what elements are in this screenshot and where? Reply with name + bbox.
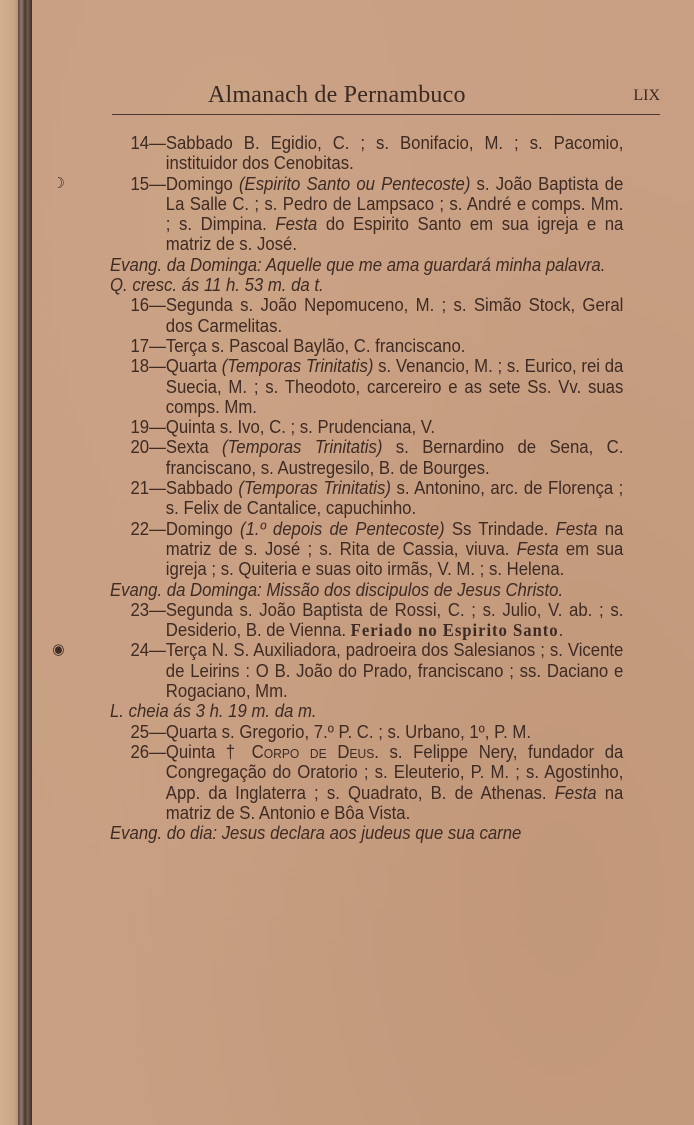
- liturgical-note: (1.º depois de Pentecoste): [240, 519, 445, 539]
- entry-text: s. Ivo, C. ; s. Prudenciana, V.: [215, 417, 435, 437]
- liturgical-note: (Temporas Trinitatis): [238, 478, 391, 498]
- liturgical-note: (Temporas Trinitatis): [222, 437, 382, 457]
- header-rule: [112, 114, 660, 115]
- gospel-note: Evang. do dia: Jesus declara aos judeus …: [110, 823, 623, 843]
- day-label: 14—Sabbado: [130, 133, 232, 153]
- day-label: 16—Segunda: [130, 295, 232, 315]
- day-label: 19—Quinta: [130, 417, 215, 437]
- moon-phase-note: Q. cresc. ás 11 h. 53 m. da t.: [110, 275, 623, 295]
- entry-text: s. Gregorio, 7.º P. C. ; s. Urbano, 1º, …: [217, 722, 531, 742]
- calendar-text: 14—Sabbado B. Egidio, C. ; s. Bonifacio,…: [110, 133, 623, 843]
- calendar-entry-21: 21—Sabbado (Temporas Trinitatis) s. Anto…: [110, 478, 623, 519]
- entry-text: Ss Trindade.: [445, 519, 556, 539]
- page-number: LIX: [633, 87, 660, 105]
- gospel-note: Evang. da Dominga: Missão dos discipulos…: [110, 580, 623, 600]
- gospel-text: Missão dos discipulos de Jesus Christo.: [262, 580, 563, 600]
- calendar-entry-22: 22—Domingo (1.º depois de Pentecoste) Ss…: [110, 519, 623, 580]
- entry-text: s. Antonino, arc. de Florença ; s. Felix…: [166, 478, 624, 518]
- day-label: 21—Sabbado: [130, 478, 232, 498]
- calendar-entry-19: 19—Quinta s. Ivo, C. ; s. Prudenciana, V…: [110, 417, 623, 437]
- gospel-label: Evang. da Dominga:: [110, 580, 262, 600]
- calendar-entry-24: ◉24—Terça N. S. Auxiliadora, padroeira d…: [110, 640, 623, 701]
- festa-label: Festa: [555, 783, 597, 803]
- book-spine: [18, 0, 32, 1125]
- page-header: Almanach de Pernambuco LIX: [80, 80, 660, 110]
- calendar-entry-16: 16—Segunda s. João Nepomuceno, M. ; s. S…: [110, 295, 623, 336]
- liturgical-note: (Espirito Santo ou Pentecoste): [239, 174, 470, 194]
- cross-icon: †: [215, 742, 251, 762]
- calendar-entry-20: 20—Sexta (Temporas Trinitatis) s. Bernar…: [110, 437, 623, 478]
- gospel-text: Aquelle que me ama guardará minha palavr…: [262, 255, 606, 275]
- punctuation: .: [559, 620, 564, 640]
- first-quarter-moon-icon: ☽: [52, 176, 67, 192]
- day-label: 17—Terça: [130, 336, 206, 356]
- calendar-entry-14: 14—Sabbado B. Egidio, C. ; s. Bonifacio,…: [110, 133, 623, 174]
- day-label: 26—Quinta: [130, 742, 215, 762]
- day-label: 15—Domingo: [130, 174, 232, 194]
- calendar-entry-23: 23—Segunda s. João Baptista de Rossi, C.…: [110, 600, 623, 641]
- entry-text: N. S. Auxiliadora, padroeira dos Salesia…: [166, 640, 624, 701]
- day-label: 22—Domingo: [130, 519, 232, 539]
- entry-text: B. Egidio, C. ; s. Bonifacio, M. ; s. Pa…: [166, 133, 624, 173]
- feast-name: Corpo de Deus: [252, 742, 375, 762]
- gospel-text: Jesus declara aos judeus que sua carne: [217, 823, 521, 843]
- day-label: 24—Terça: [130, 640, 206, 660]
- liturgical-note: (Temporas Trinitatis): [222, 356, 374, 376]
- entry-text: s. João Nepomuceno, M. ; s. Simão Stock,…: [166, 295, 624, 335]
- day-label: 23—Segunda: [130, 600, 232, 620]
- full-moon-icon: ◉: [52, 642, 67, 658]
- day-label: 20—Sexta: [130, 437, 208, 457]
- calendar-entry-25: 25—Quarta s. Gregorio, 7.º P. C. ; s. Ur…: [110, 722, 623, 742]
- holiday-note: Feriado no Espirito Santo: [351, 620, 559, 640]
- running-title: Almanach de Pernambuco: [208, 82, 466, 109]
- calendar-entry-17: 17—Terça s. Pascoal Baylão, C. francisca…: [110, 336, 623, 356]
- gospel-label: Evang. do dia:: [110, 823, 217, 843]
- entry-text: s. Pascoal Baylão, C. franciscano.: [207, 336, 466, 356]
- festa-label: Festa: [556, 519, 598, 539]
- calendar-entry-15: ☽15—Domingo (Espirito Santo ou Pentecost…: [110, 174, 623, 255]
- gospel-note: Evang. da Dominga: Aquelle que me ama gu…: [110, 255, 623, 275]
- day-label: 25—Quarta: [130, 722, 217, 742]
- moon-phase-note: L. cheia ás 3 h. 19 m. da m.: [110, 701, 623, 721]
- day-label: 18—Quarta: [130, 356, 217, 376]
- calendar-entry-26: 26—Quinta † Corpo de Deus. s. Felippe Ne…: [110, 742, 623, 823]
- festa-label: Festa: [517, 539, 559, 559]
- facing-page-edge: [0, 0, 20, 1125]
- festa-label: Festa: [275, 214, 317, 234]
- gospel-label: Evang. da Dominga:: [110, 255, 262, 275]
- calendar-entry-18: 18—Quarta (Temporas Trinitatis) s. Venan…: [110, 356, 623, 417]
